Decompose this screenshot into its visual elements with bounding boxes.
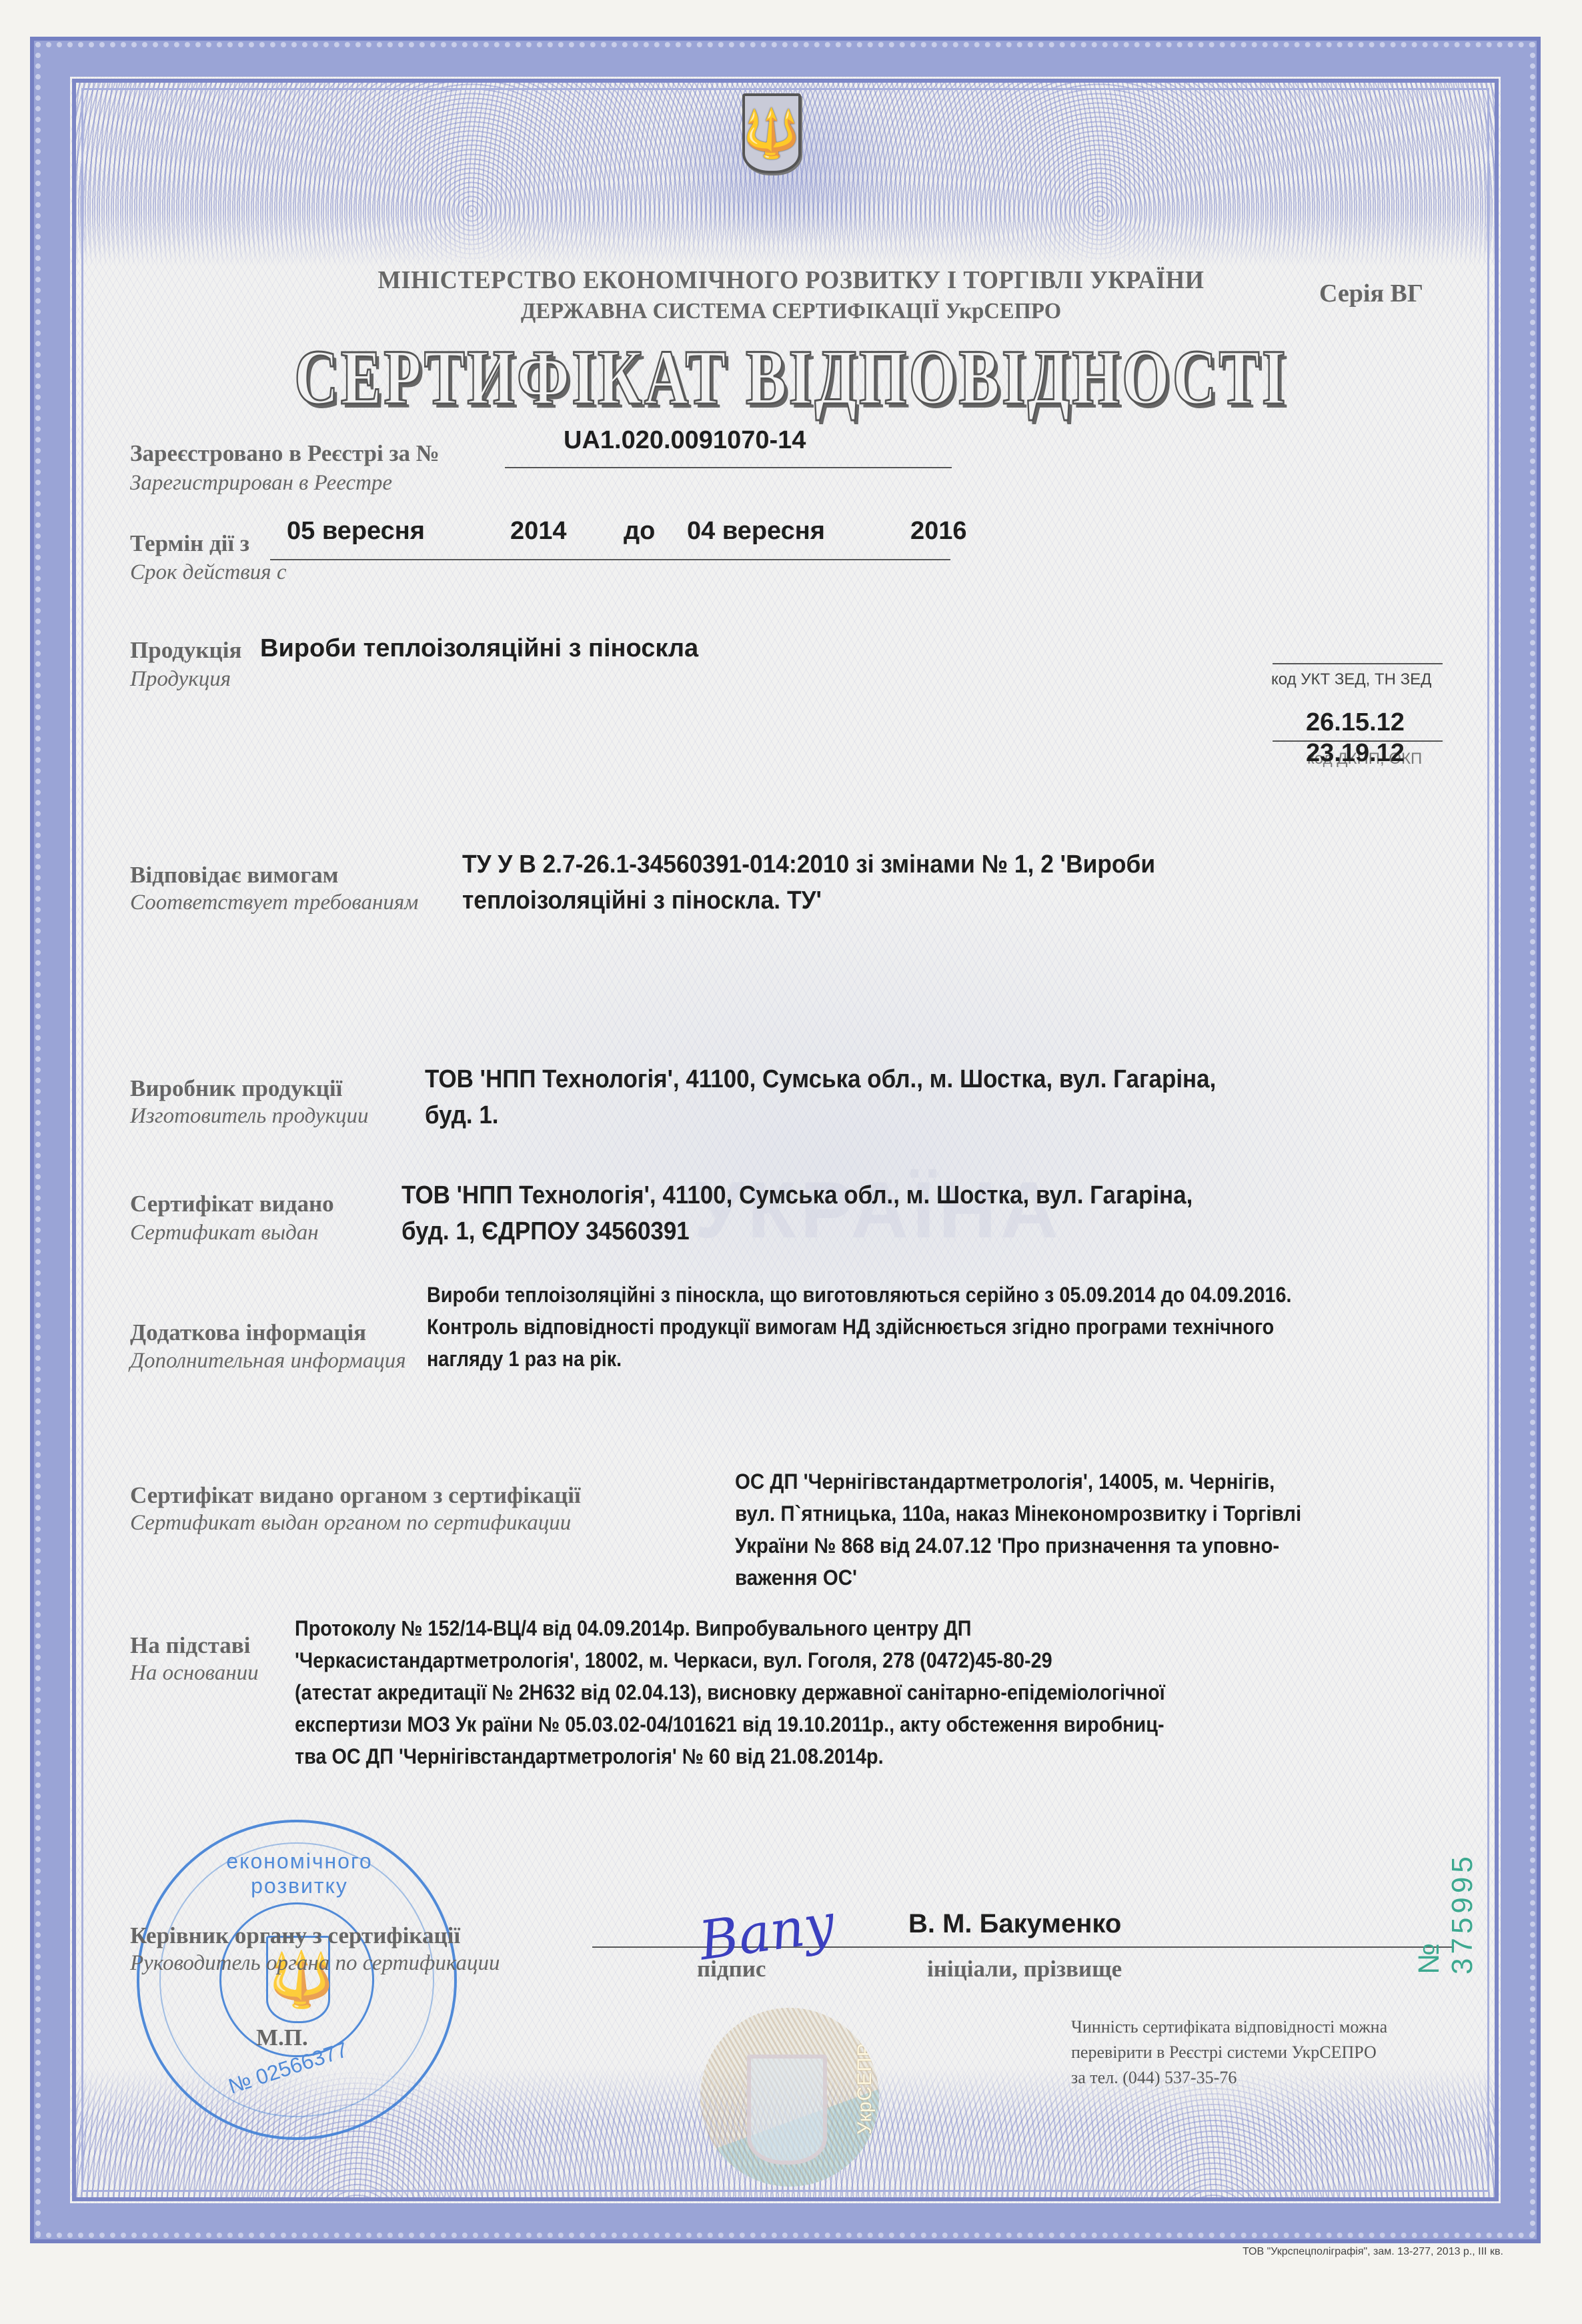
name-caption: ініціали, прізвище — [927, 1956, 1122, 1982]
trident-coat-of-arms-icon: 🔱 — [742, 93, 801, 173]
basis-line-3: (атестат акредитації № 2Н632 від 02.04.1… — [295, 1677, 1165, 1708]
basis-line-4: експертизи МОЗ Ук раїни № 05.03.02-04/10… — [295, 1709, 1164, 1740]
code-top-rule — [1273, 663, 1443, 664]
printer-note: ТОВ "Укрспецполіграфія", зам. 13-277, 20… — [1243, 2246, 1503, 2258]
requirements-line-1: ТУ У В 2.7-26.1-34560391-014:2010 зі змі… — [462, 844, 1155, 885]
basis-line-2: 'Черкасистандартметрологія', 18002, м. Ч… — [295, 1645, 1052, 1676]
head-name: В. М. Бакуменко — [908, 1909, 1121, 1939]
serial-number: № 375995 — [1413, 1805, 1479, 1974]
registry-underline — [505, 467, 952, 468]
registry-label-ru: Зарегистрирован в Реестре — [130, 471, 392, 496]
valid-from-date: 05 вересня — [287, 511, 425, 551]
ukt-code-value: 26.15.12 — [1306, 708, 1405, 737]
cert-body-line-4: важення ОС' — [735, 1562, 857, 1593]
validity-label-ru: Срок действия с — [130, 560, 286, 585]
ukt-code-caption: код УКТ ЗЕД, ТН ЗЕД — [1271, 670, 1431, 689]
verify-line-1: Чинність сертифіката відповідності можна — [1071, 2014, 1387, 2040]
basis-line-5: тва ОС ДП 'Чернігівстандартметрологія' №… — [295, 1741, 884, 1772]
verify-line-2: перевірити в Реєстрі системи УкрСЕПРО — [1071, 2040, 1387, 2065]
additional-info-label-ru: Дополнительная информация — [130, 1349, 406, 1373]
valid-to-date: 04 вересня — [687, 511, 825, 551]
requirements-line-2: теплоізоляційні з піноскла. ТУ' — [462, 881, 822, 921]
additional-line-2: Контроль відповідності продукції вимогам… — [427, 1311, 1274, 1342]
manufacturer-line-2: буд. 1. — [425, 1095, 498, 1135]
additional-line-3: нагляду 1 раз на рік. — [427, 1343, 622, 1374]
official-stamp: економічного розвитку 🔱 № 02566377 — [137, 1820, 457, 2140]
hologram-text: УкрСЕПРО — [854, 2027, 876, 2135]
issued-to-label-ru: Сертификат выдан — [130, 1221, 319, 1245]
issued-to-label: Сертифікат видано — [130, 1191, 334, 1217]
stamp-place-label: М.П. — [256, 2024, 308, 2051]
product-name: Вироби теплоізоляційні з піноскла — [260, 628, 698, 668]
additional-info-label: Додаткова інформація — [130, 1319, 366, 1346]
cert-body-line-3: України № 868 від 24.07.12 'Про призначе… — [735, 1530, 1279, 1561]
product-label: Продукція — [130, 637, 241, 664]
requirements-label-ru: Соответствует требованиям — [130, 891, 418, 915]
manufacturer-label-ru: Изготовитель продукции — [130, 1104, 368, 1129]
validity-underline — [270, 559, 950, 560]
valid-from-year: 2014 — [510, 511, 567, 551]
basis-label: На підставі — [130, 1632, 250, 1659]
issued-to-line-1: ТОВ 'НПП Технологія', 41100, Сумська обл… — [402, 1175, 1193, 1215]
valid-to-year: 2016 — [910, 511, 967, 551]
verify-line-3: за тел. (044) 537-35-76 — [1071, 2065, 1387, 2091]
cert-body-label: Сертифікат видано органом з сертифікації — [130, 1482, 581, 1509]
issued-to-line-2: буд. 1, ЄДРПОУ 34560391 — [402, 1211, 690, 1251]
basis-line-1: Протоколу № 152/14-ВЦ/4 від 04.09.2014р.… — [295, 1613, 971, 1644]
signature-caption: підпис — [697, 1956, 766, 1982]
basis-label-ru: На основании — [130, 1661, 259, 1686]
cert-body-line-2: вул. П`ятницька, 110а, наказ Мінекономро… — [735, 1498, 1301, 1529]
certificate-title: СЕРТИФІКАТ ВІДПОВІДНОСТІ — [174, 332, 1408, 423]
requirements-label: Відповідає вимогам — [130, 862, 338, 889]
dkpp-code-value: 23.19.12 — [1306, 739, 1405, 768]
trident-hologram-icon — [747, 2055, 827, 2165]
verify-note: Чинність сертифіката відповідності можна… — [1071, 2014, 1387, 2091]
additional-line-1: Вироби теплоізоляційні з піноскла, що ви… — [427, 1279, 1291, 1310]
security-hologram: УкрСЕПРО — [700, 2008, 879, 2187]
validity-label: Термін дії з — [130, 530, 249, 557]
head-label: Керівник органу з сертифікації — [130, 1922, 460, 1949]
registry-number: UA1.020.0091070-14 — [564, 420, 806, 460]
valid-to-word: до — [624, 511, 655, 551]
stamp-top-text: економічного розвитку — [179, 1849, 420, 1898]
cert-body-line-1: ОС ДП 'Чернігівстандартметрологія', 1400… — [735, 1466, 1275, 1497]
product-label-ru: Продукция — [130, 667, 231, 692]
cert-body-label-ru: Сертификат выдан органом по сертификации — [130, 1511, 571, 1536]
series-label: Серія ВГ — [1319, 279, 1423, 308]
manufacturer-label: Виробник продукції — [130, 1075, 342, 1102]
manufacturer-line-1: ТОВ 'НПП Технологія', 41100, Сумська обл… — [425, 1059, 1216, 1099]
registry-label: Зареєстровано в Реєстрі за № — [130, 440, 440, 467]
head-label-ru: Руководитель органа по сертификации — [130, 1951, 500, 1976]
